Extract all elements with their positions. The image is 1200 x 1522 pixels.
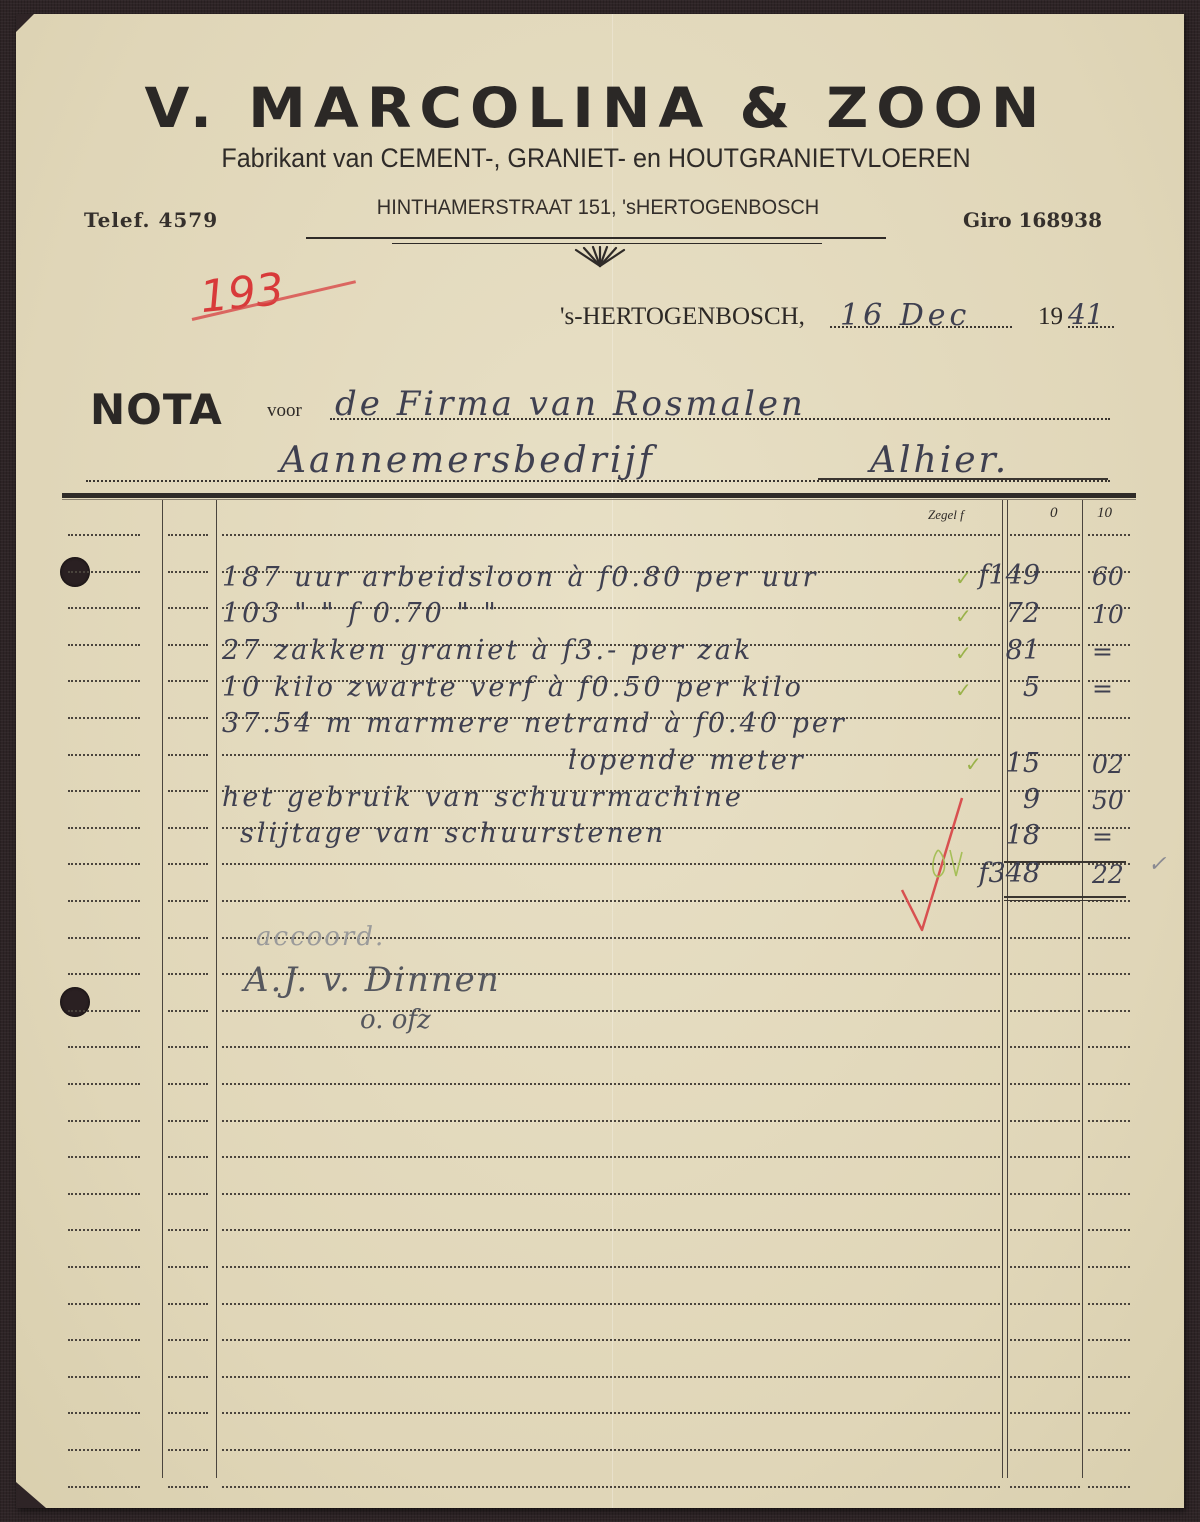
total-cents: 22 (1092, 860, 1124, 889)
line-item-cents: = (1092, 637, 1113, 666)
signature: A.J. v. Dinnen (244, 960, 501, 1000)
green-check-icon: ✓ (955, 604, 972, 628)
green-check-icon: ✓ (955, 566, 972, 590)
line-item-cents: 50 (1092, 786, 1124, 815)
line-item-cents: 02 (1092, 750, 1124, 779)
total-guilders: f348 (978, 858, 1040, 889)
line-item-description: 10 kilo zwarte verf à f0.50 per kilo (222, 672, 804, 703)
line-item-description: 37.54 m marmere netrand à f0.40 per (222, 708, 847, 739)
year-suffix: 41 (1068, 298, 1104, 331)
line-item-cents: = (1092, 822, 1113, 851)
city-label: 's-HERTOGENBOSCH, (560, 303, 805, 331)
year-prefix: 19 (1038, 303, 1063, 331)
date-day-month: 16 Dec (840, 298, 970, 333)
line-item-guilders: 9 (1023, 784, 1040, 815)
line-item-description: 103 " " f 0.70 " " (222, 598, 499, 629)
line-item-description: 27 zakken graniet à f3.- per zak (222, 635, 753, 666)
total-double-rule (1004, 896, 1126, 898)
punch-hole-icon (60, 557, 90, 587)
red-check-icon (900, 790, 970, 940)
total-double-rule (1004, 900, 1114, 901)
giro-number: Giro 168938 (963, 208, 1102, 232)
folded-corner-top (16, 14, 34, 32)
margin-tick-icon: ✓ (1148, 852, 1166, 877)
line-item-guilders: f149 (978, 560, 1040, 591)
divider (306, 237, 886, 239)
punch-hole-icon (60, 987, 90, 1017)
addressee-line-2: Aannemersbedrijf (280, 440, 655, 481)
column-divider (216, 500, 217, 1478)
zegel-header: Zegel f (928, 507, 964, 523)
accord-note: accoord. (256, 922, 385, 952)
line-item-cents: 60 (1092, 562, 1124, 591)
line-item-guilders: 81 (1006, 635, 1040, 666)
line-item-description: slijtage van schuurstenen (240, 818, 666, 849)
line-item-cents: 10 (1092, 600, 1124, 629)
nota-heading: NOTA (90, 385, 223, 434)
green-check-icon: ✓ (955, 678, 972, 702)
line-item-description: lopende meter (568, 745, 806, 776)
addressee-line-3: Alhier. (870, 440, 1009, 481)
address: HINTHAMERSTRAAT 151, 'sHERTOGENBOSCH (315, 196, 881, 220)
divider (392, 243, 822, 244)
line-item-description: 187 uur arbeidsloon à f0.80 per uur (222, 562, 818, 593)
green-check-icon: ✓ (955, 641, 972, 665)
telephone: Telef. 4579 (84, 208, 218, 232)
company-name: V. MARCOLINA & ZOON (84, 80, 1108, 137)
company-subtitle: Fabrikant van CEMENT-, GRANIET- en HOUTG… (120, 143, 1072, 174)
folded-corner-bottom (16, 1482, 46, 1508)
sunburst-ornament-icon (572, 246, 628, 268)
column-divider (162, 500, 163, 1478)
table-top-rule (62, 493, 1136, 498)
signature-initials: o. ofz (360, 1005, 431, 1035)
guilders-header: 0 (1050, 505, 1058, 522)
addressee-line-1: de Firma van Rosmalen (335, 384, 806, 424)
line-item-guilders: 5 (1023, 672, 1040, 703)
table-top-rule-shadow (62, 499, 1136, 500)
voor-label: voor (267, 400, 302, 422)
line-item-guilders: 72 (1006, 598, 1040, 629)
green-check-icon: ✓ (965, 752, 982, 776)
line-item-description: het gebruik van schuurmachine (222, 782, 744, 813)
line-item-cents: = (1092, 674, 1113, 703)
line-item-guilders: 15 (1006, 748, 1040, 779)
cents-header: 10 (1097, 505, 1112, 522)
column-divider (1082, 500, 1083, 1478)
line-item-guilders: 18 (1006, 820, 1040, 851)
